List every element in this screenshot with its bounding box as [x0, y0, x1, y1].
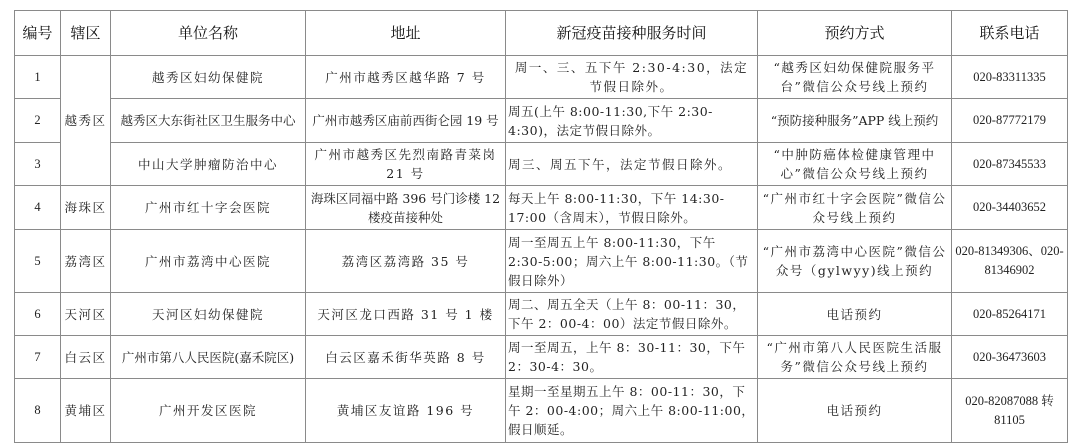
cell-unit-name: 中山大学肿瘤防治中心	[111, 143, 306, 186]
cell-number: 2	[15, 99, 61, 143]
cell-phone: 020-85264171	[952, 293, 1068, 336]
cell-address: 海珠区同福中路 396 号门诊楼 12 楼疫苗接种处	[306, 186, 506, 230]
cell-phone: 020-81349306、020-81346902	[952, 230, 1068, 293]
cell-number: 1	[15, 56, 61, 99]
cell-number: 6	[15, 293, 61, 336]
header-phone: 联系电话	[952, 11, 1068, 56]
cell-number: 8	[15, 379, 61, 443]
cell-district: 天河区	[61, 293, 111, 336]
table-row: 8 黄埔区 广州开发区医院 黄埔区友谊路 196 号 星期一至星期五上午 8：0…	[15, 379, 1068, 443]
cell-booking-method: “预防接种服务”APP 线上预约	[758, 99, 952, 143]
table-row: 2 越秀区大东街社区卫生服务中心 广州市越秀区庙前西街仑园 19 号 周五(上午…	[15, 99, 1068, 143]
cell-phone: 020-83311335	[952, 56, 1068, 99]
header-booking-method: 预约方式	[758, 11, 952, 56]
cell-address: 广州市越秀区庙前西街仑园 19 号	[306, 99, 506, 143]
header-service-hours: 新冠疫苗接种服务时间	[506, 11, 758, 56]
table-row: 1 越秀区 越秀区妇幼保健院 广州市越秀区越华路 7 号 周一、三、五下午 2:…	[15, 56, 1068, 99]
cell-number: 5	[15, 230, 61, 293]
table-header-row: 编号 辖区 单位名称 地址 新冠疫苗接种服务时间 预约方式 联系电话	[15, 11, 1068, 56]
cell-number: 4	[15, 186, 61, 230]
cell-phone: 020-87345533	[952, 143, 1068, 186]
cell-service-hours: 周二、周五全天（上午 8：00-11：30，下午 2：00-4：00）法定节假日…	[506, 293, 758, 336]
cell-service-hours: 周三、周五下午，法定节假日除外。	[506, 143, 758, 186]
cell-service-hours: 周一至周五，上午 8：30-11：30，下午 2：30-4：30。	[506, 336, 758, 379]
vaccination-sites-table: 编号 辖区 单位名称 地址 新冠疫苗接种服务时间 预约方式 联系电话 1 越秀区…	[14, 10, 1068, 443]
cell-unit-name: 广州市荔湾中心医院	[111, 230, 306, 293]
cell-district: 荔湾区	[61, 230, 111, 293]
cell-address: 广州市越秀区越华路 7 号	[306, 56, 506, 99]
cell-address: 黄埔区友谊路 196 号	[306, 379, 506, 443]
table-row: 7 白云区 广州市第八人民医院(嘉禾院区) 白云区嘉禾街华英路 8 号 周一至周…	[15, 336, 1068, 379]
cell-unit-name: 越秀区妇幼保健院	[111, 56, 306, 99]
cell-service-hours: 周一、三、五下午 2:30-4:30，法定节假日除外。	[506, 56, 758, 99]
cell-address: 广州市越秀区先烈南路青菜岗 21 号	[306, 143, 506, 186]
table-row: 5 荔湾区 广州市荔湾中心医院 荔湾区荔湾路 35 号 周一至周五上午 8:00…	[15, 230, 1068, 293]
cell-service-hours: 每天上午 8:00-11:30，下午 14:30-17:00（含周末），节假日除…	[506, 186, 758, 230]
cell-booking-method: “中肿防癌体检健康管理中心”微信公众号线上预约	[758, 143, 952, 186]
cell-service-hours: 周五(上午 8:00-11:30,下午 2:30-4:30)，法定节假日除外。	[506, 99, 758, 143]
cell-booking-method: “越秀区妇幼保健院服务平台”微信公众号线上预约	[758, 56, 952, 99]
cell-phone: 020-34403652	[952, 186, 1068, 230]
cell-service-hours: 周一至周五上午 8:00-11:30，下午 2:30-5:00；周六上午 8:0…	[506, 230, 758, 293]
table-row: 4 海珠区 广州市红十字会医院 海珠区同福中路 396 号门诊楼 12 楼疫苗接…	[15, 186, 1068, 230]
cell-unit-name: 天河区妇幼保健院	[111, 293, 306, 336]
cell-district: 白云区	[61, 336, 111, 379]
cell-phone: 020-87772179	[952, 99, 1068, 143]
cell-address: 荔湾区荔湾路 35 号	[306, 230, 506, 293]
header-district: 辖区	[61, 11, 111, 56]
cell-unit-name: 广州市第八人民医院(嘉禾院区)	[111, 336, 306, 379]
table-row: 3 中山大学肿瘤防治中心 广州市越秀区先烈南路青菜岗 21 号 周三、周五下午，…	[15, 143, 1068, 186]
table-row: 6 天河区 天河区妇幼保健院 天河区龙口西路 31 号 1 楼 周二、周五全天（…	[15, 293, 1068, 336]
cell-booking-method: “广州市红十字会医院”微信公众号线上预约	[758, 186, 952, 230]
cell-number: 3	[15, 143, 61, 186]
header-number: 编号	[15, 11, 61, 56]
cell-number: 7	[15, 336, 61, 379]
cell-unit-name: 广州市红十字会医院	[111, 186, 306, 230]
cell-address: 天河区龙口西路 31 号 1 楼	[306, 293, 506, 336]
cell-service-hours: 星期一至星期五上午 8：00-11：30，下午 2：00-4:00；周六上午 8…	[506, 379, 758, 443]
cell-booking-method: 电话预约	[758, 293, 952, 336]
cell-unit-name: 越秀区大东街社区卫生服务中心	[111, 99, 306, 143]
header-address: 地址	[306, 11, 506, 56]
header-unit-name: 单位名称	[111, 11, 306, 56]
cell-booking-method: 电话预约	[758, 379, 952, 443]
cell-booking-method: “广州市荔湾中心医院”微信公众号（gylwyy)线上预约	[758, 230, 952, 293]
cell-district: 黄埔区	[61, 379, 111, 443]
cell-address: 白云区嘉禾街华英路 8 号	[306, 336, 506, 379]
cell-district: 海珠区	[61, 186, 111, 230]
cell-phone: 020-82087088 转 81105	[952, 379, 1068, 443]
cell-phone: 020-36473603	[952, 336, 1068, 379]
cell-unit-name: 广州开发区医院	[111, 379, 306, 443]
cell-district: 越秀区	[61, 56, 111, 186]
cell-booking-method: “广州市第八人民医院生活服务”微信公众号线上预约	[758, 336, 952, 379]
